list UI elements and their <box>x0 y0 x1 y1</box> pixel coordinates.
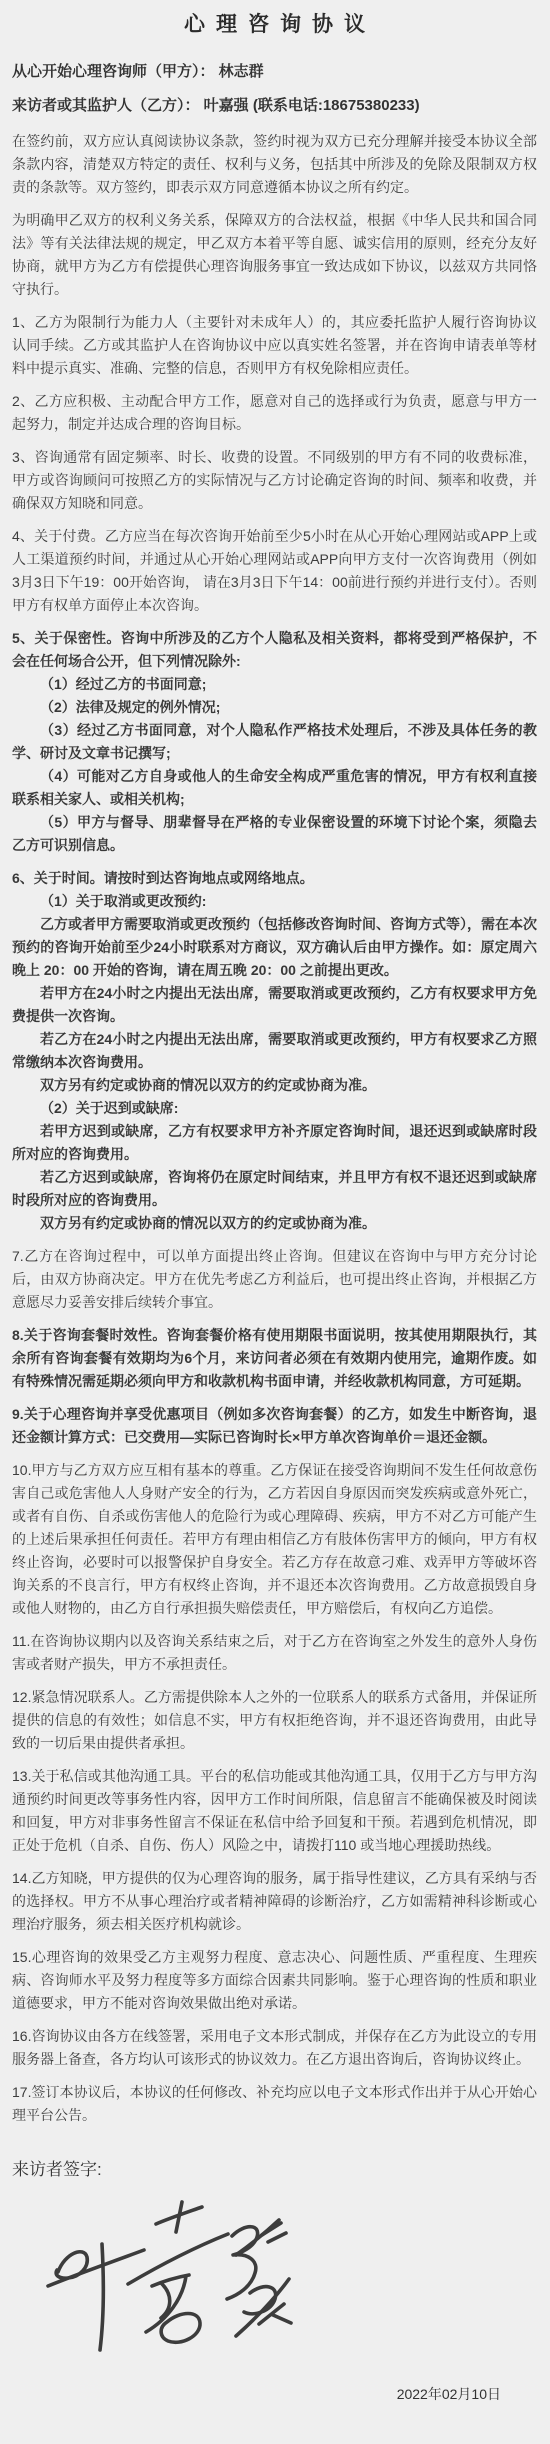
clause-paragraph: （2）法律及规定的例外情况; <box>12 696 537 719</box>
party-b-line: 来访者或其监护人（乙方）： 叶嘉强 (联系电话:18675380233) <box>12 96 537 116</box>
agreement-clauses: 在签约前，双方应认真阅读协议条款，签约时视为双方已充分理解并接受本协议全部条款内… <box>12 130 537 2127</box>
clause-paragraph: （2）关于迟到或缺席: <box>12 1097 537 1120</box>
clause-paragraph: 12.紧急情况联系人。乙方需提供除本人之外的一位联系人的联系方式备用，并保证所提… <box>12 1686 537 1755</box>
clause-paragraph: （4）可能对乙方自身或他人的生命安全构成严重危害的情况，甲方有权利直接联系相关家… <box>12 765 537 811</box>
clause-paragraph: 若乙方迟到或缺席，咨询将仍在原定时间结束，并且甲方有权不退还迟到或缺席时段所对应… <box>12 1166 537 1212</box>
clause-paragraph: 5、关于保密性。咨询中所涉及的乙方个人隐私及相关资料，都将受到严格保护，不会在任… <box>12 627 537 673</box>
party-a-line: 从心开始心理咨询师（甲方）： 林志群 <box>12 62 537 82</box>
clause-paragraph: （3）经过乙方书面同意，对个人隐私作严格技术处理后，不涉及具体任务的教学、研讨及… <box>12 719 537 765</box>
clause-paragraph: 11.在咨询协议期内以及咨询关系结束之后，对于乙方在咨询室之外发生的意外人身伤害… <box>12 1630 537 1676</box>
clause-paragraph: 1、乙方为限制行为能力人（主要针对未成年人）的，其应委托监护人履行咨询协议认同手… <box>12 311 537 380</box>
clause-paragraph: （5）甲方与督导、朋辈督导在严格的专业保密设置的环境下讨论个案，须隐去乙方可识别… <box>12 811 537 857</box>
clause-paragraph: 在签约前，双方应认真阅读协议条款，签约时视为双方已充分理解并接受本协议全部条款内… <box>12 130 537 199</box>
clause-paragraph: 若乙方在24小时之内提出无法出席，需要取消或更改预约，甲方有权要求乙方照常缴纳本… <box>12 1028 537 1074</box>
clause-paragraph: 16.咨询协议由各方在线签署，采用电子文本形式制成，并保存在乙方为此设立的专用服… <box>12 2025 537 2071</box>
clause-paragraph: 6、关于时间。请按时到达咨询地点或网络地点。 <box>12 867 537 890</box>
clause-paragraph: 3、咨询通常有固定频率、时长、收费的设置。不同级别的甲方有不同的收费标准，甲方或… <box>12 446 537 515</box>
clause-paragraph: 10.甲方与乙方双方应互相有基本的尊重。乙方保证在接受咨询期间不发生任何故意伤害… <box>12 1459 537 1620</box>
clause-paragraph: 双方另有约定或协商的情况以双方的约定或协商为准。 <box>12 1212 537 1235</box>
clause-paragraph: 7.乙方在咨询过程中，可以单方面提出终止咨询。但建议在咨询中与甲方充分讨论后，由… <box>12 1245 537 1314</box>
clause-paragraph: 13.关于私信或其他沟通工具。平台的私信功能或其他沟通工具，仅用于乙方与甲方沟通… <box>12 1765 537 1857</box>
page-title: 心理咨询协议 <box>12 8 537 38</box>
clause-paragraph: 乙方或者甲方需要取消或更改预约（包括修改咨询时间、咨询方式等），需在本次预约的咨… <box>12 913 537 982</box>
clause-paragraph: 为明确甲乙双方的权利义务关系，保障双方的合法权益，根据《中华人民共和国合同法》等… <box>12 209 537 301</box>
clause-paragraph: 15.心理咨询的效果受乙方主观努力程度、意志决心、问题性质、严重程度、生理疾病、… <box>12 1946 537 2015</box>
clause-paragraph: 若甲方迟到或缺席，乙方有权要求甲方补齐原定咨询时间，退还迟到或缺席时段所对应的咨… <box>12 1120 537 1166</box>
clause-paragraph: （1）经过乙方的书面同意; <box>12 673 537 696</box>
clause-paragraph: （1）关于取消或更改预约: <box>12 890 537 913</box>
signature-date: 2022年02月10日 <box>12 2384 537 2404</box>
clause-paragraph: 14.乙方知晓，甲方提供的仅为心理咨询的服务，属于指导性建议，乙方具有采纳与否的… <box>12 1867 537 1936</box>
clause-paragraph: 若甲方在24小时之内提出无法出席，需要取消或更改预约，乙方有权要求甲方免费提供一… <box>12 982 537 1028</box>
clause-paragraph: 2、乙方应积极、主动配合甲方工作，愿意对自己的选择或行为负责，愿意与甲方一起努力… <box>12 390 537 436</box>
agreement-document: 心理咨询协议 从心开始心理咨询师（甲方）： 林志群 来访者或其监护人（乙方）： … <box>0 0 550 2444</box>
clause-paragraph: 4、关于付费。乙方应当在每次咨询开始前至少5小时在从心开始心理网站或APP上或人… <box>12 525 537 617</box>
signature-strokes-icon <box>40 2192 302 2370</box>
handwritten-signature <box>40 2192 537 2370</box>
clause-paragraph: 双方另有约定或协商的情况以双方的约定或协商为准。 <box>12 1074 537 1097</box>
clause-paragraph: 17.签订本协议后，本协议的任何修改、补充均应以电子文本形式作出并于从心开始心理… <box>12 2081 537 2127</box>
clause-paragraph: 9.关于心理咨询并享受优惠项目（例如多次咨询套餐）的乙方，如发生中断咨询，退还金… <box>12 1403 537 1449</box>
clause-paragraph: 8.关于咨询套餐时效性。咨询套餐价格有使用期限书面说明，按其使用期限执行，其余所… <box>12 1324 537 1393</box>
signature-label: 来访者签字: <box>12 2155 537 2180</box>
